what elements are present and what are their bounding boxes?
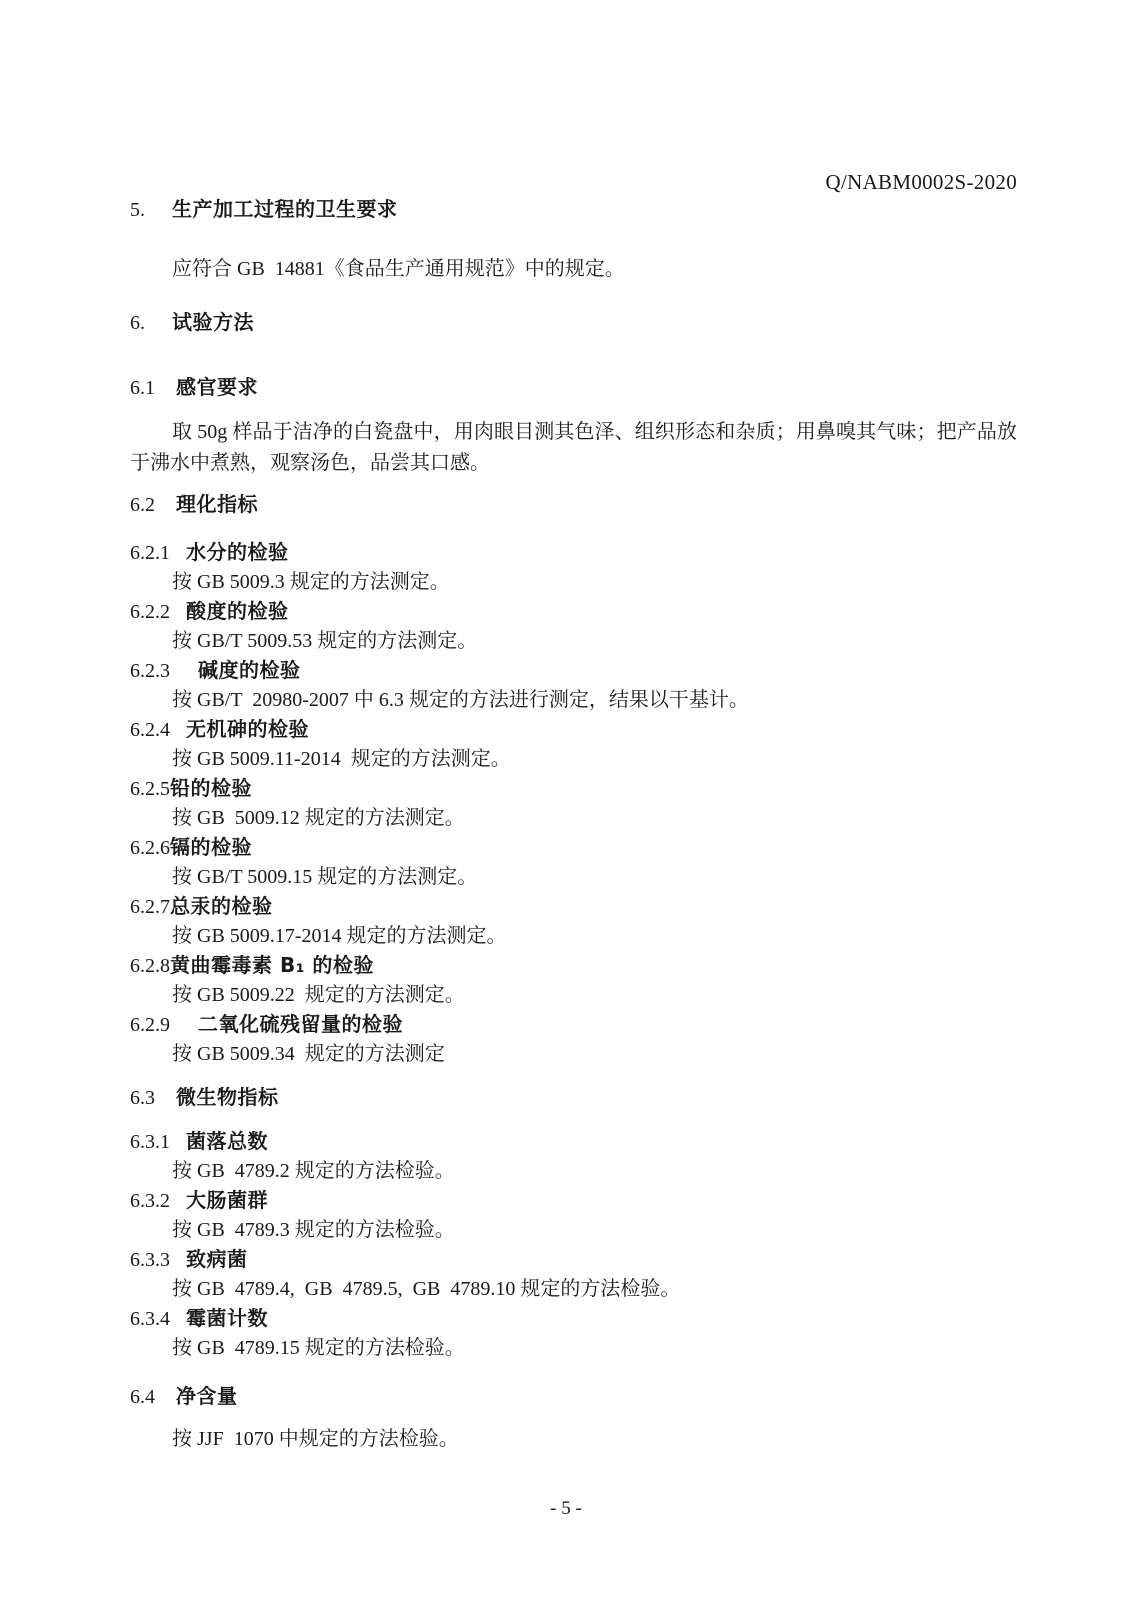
paragraph: 按 GB 4789.3 规定的方法检验。 [130,1217,1017,1243]
clause-number: 6.2 [130,492,176,518]
clause-title: 黄曲霉毒素 B₁ 的检验 [170,952,374,978]
clause-title: 铅的检验 [170,775,252,801]
clause-heading-6-4: 6.4 净含量 [130,1383,1017,1410]
clause-number: 5. [130,197,172,223]
clause-number: 6.3.3 [130,1247,186,1273]
clause-title: 净含量 [176,1383,238,1409]
paragraph: 按 JJF 1070 中规定的方法检验。 [130,1426,1017,1452]
clause-number: 6.2.2 [130,599,186,625]
clause-heading-6-2-2: 6.2.2 酸度的检验 [130,598,1017,625]
clause-heading-6-2-3: 6.2.3 碱度的检验 [130,657,1017,684]
doc-code: Q/NABM0002S-2020 [130,169,1017,195]
clause-heading-6-3-2: 6.3.2 大肠菌群 [130,1187,1017,1214]
clause-title: 感官要求 [176,374,258,400]
clause-number: 6.2.5 [130,776,170,802]
clause-heading-6-2-4: 6.2.4 无机砷的检验 [130,716,1017,743]
clause-heading-6-2-8: 6.2.8 黄曲霉毒素 B₁ 的检验 [130,952,1017,979]
page-content: Q/NABM0002S-2020 5. 生产加工过程的卫生要求 应符合 GB 1… [130,0,1017,1600]
clause-heading-6-2-9: 6.2.9 二氧化硫残留量的检验 [130,1011,1017,1038]
paragraph: 按 GB 5009.17-2014 规定的方法测定。 [130,923,1017,949]
clause-title: 碱度的检验 [186,657,301,683]
page-number: - 5 - [0,1498,1132,1520]
clause-title: 致病菌 [186,1246,248,1272]
clause-heading-6-1: 6.1 感官要求 [130,374,1017,401]
clause-number: 6.2.9 [130,1012,186,1038]
clause-number: 6.2.6 [130,835,170,861]
paragraph: 按 GB 5009.22 规定的方法测定。 [130,982,1017,1008]
clause-title: 生产加工过程的卫生要求 [172,196,398,222]
clause-number: 6.3.2 [130,1188,186,1214]
paragraph: 按 GB 5009.3 规定的方法测定。 [130,569,1017,595]
clause-heading-6-2-1: 6.2.1 水分的检验 [130,539,1017,566]
document-page: Q/NABM0002S-2020 5. 生产加工过程的卫生要求 应符合 GB 1… [0,0,1132,1600]
clause-number: 6.3.1 [130,1129,186,1155]
paragraph: 应符合 GB 14881《食品生产通用规范》中的规定。 [130,256,1017,282]
clause-number: 6.2.8 [130,953,170,979]
clause-title: 霉菌计数 [186,1305,268,1331]
clause-heading-6-2-7: 6.2.7 总汞的检验 [130,893,1017,920]
paragraph: 按 GB 5009.12 规定的方法测定。 [130,805,1017,831]
clause-number: 6.3.4 [130,1306,186,1332]
clause-title: 试验方法 [172,309,254,335]
paragraph: 按 GB/T 5009.15 规定的方法测定。 [130,864,1017,890]
clause-number: 6.1 [130,375,176,401]
clause-heading-6-2: 6.2 理化指标 [130,491,1017,518]
clause-number: 6.2.1 [130,540,186,566]
clause-title: 二氧化硫残留量的检验 [186,1011,403,1037]
clause-heading-6-2-5: 6.2.5 铅的检验 [130,775,1017,802]
paragraph: 按 GB 4789.2 规定的方法检验。 [130,1158,1017,1184]
clause-number: 6.4 [130,1384,176,1410]
clause-title: 微生物指标 [176,1084,279,1110]
section-heading-6: 6. 试验方法 [130,309,1017,336]
clause-title: 菌落总数 [186,1128,268,1154]
clause-number: 6.3 [130,1085,176,1111]
clause-heading-6-3-3: 6.3.3 致病菌 [130,1246,1017,1273]
clause-number: 6.2.4 [130,717,186,743]
paragraph: 按 GB 5009.11-2014 规定的方法测定。 [130,746,1017,772]
clause-heading-6-2-6: 6.2.6 镉的检验 [130,834,1017,861]
clause-title: 总汞的检验 [170,893,273,919]
paragraph: 按 GB 4789.15 规定的方法检验。 [130,1335,1017,1361]
clause-number: 6.2.7 [130,894,170,920]
clause-number: 6. [130,310,172,336]
paragraph: 按 GB/T 20980-2007 中 6.3 规定的方法进行测定，结果以干基计… [130,687,1017,713]
clause-title: 大肠菌群 [186,1187,268,1213]
clause-heading-6-3-1: 6.3.1 菌落总数 [130,1128,1017,1155]
clause-title: 无机砷的检验 [186,716,309,742]
paragraph: 取 50g 样品于洁净的白瓷盘中，用肉眼目测其色泽、组织形态和杂质；用鼻嗅其气味… [130,417,1017,479]
clause-heading-6-3: 6.3 微生物指标 [130,1084,1017,1111]
clause-number: 6.2.3 [130,658,186,684]
clause-title: 镉的检验 [170,834,252,860]
paragraph: 按 GB/T 5009.53 规定的方法测定。 [130,628,1017,654]
clause-title: 酸度的检验 [186,598,289,624]
clause-heading-6-3-4: 6.3.4 霉菌计数 [130,1305,1017,1332]
clause-title: 水分的检验 [186,539,289,565]
paragraph: 按 GB 4789.4, GB 4789.5, GB 4789.10 规定的方法… [130,1276,1017,1302]
section-heading-5: 5. 生产加工过程的卫生要求 [130,196,1017,223]
clause-title: 理化指标 [176,491,258,517]
paragraph: 按 GB 5009.34 规定的方法测定 [130,1041,1017,1067]
